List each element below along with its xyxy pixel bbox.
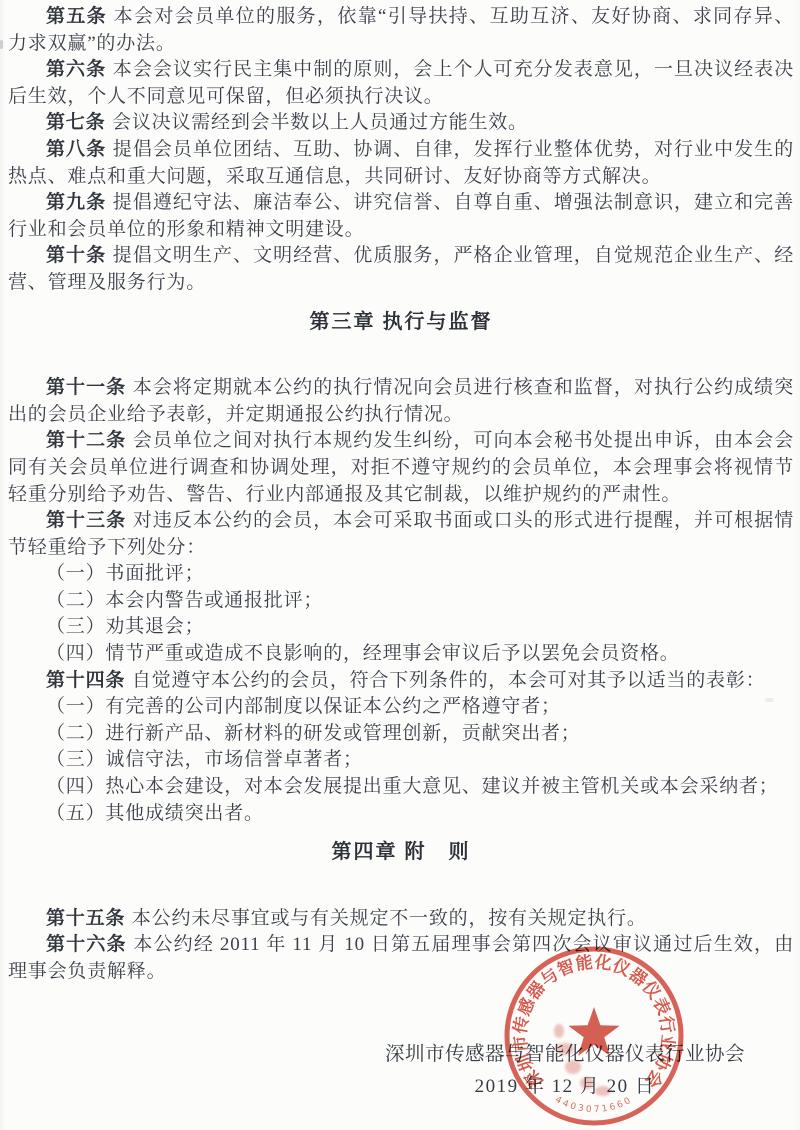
list-item: （一）有完善的公司内部制度以保证本公约之严格遵守者； <box>8 694 794 721</box>
list-item: （四）热心本会建设，对本会发展提出重大意见、建议并被主管机关或本会采纳者； <box>8 774 794 801</box>
seal-code: 4403071660 <box>553 1095 634 1115</box>
article-paragraph: 第六条本会会议实行民主集中制的原则，会上个人可充分发表意见，一旦决议经表决后生效… <box>8 57 794 110</box>
article-text: 会议决议需经到会半数以上人员通过方能生效。 <box>112 112 528 133</box>
list-item-text: （四）热心本会建设，对本会发展提出重大意见、建议并被主管机关或本会采纳者； <box>46 776 779 797</box>
article-number: 第十一条 <box>46 377 126 398</box>
article-paragraph: 第七条会议决议需经到会半数以上人员通过方能生效。 <box>8 110 794 137</box>
article-paragraph: 第十五条本公约未尽事宜或与有关规定不一致的，按有关规定执行。 <box>8 906 794 933</box>
article-number: 第十六条 <box>46 934 127 955</box>
list-item: （二）本会内警告或通报批评； <box>8 588 794 615</box>
list-item-text: （二）进行新产品、新材料的研发或管理创新，贡献突出者； <box>46 723 581 744</box>
scan-speck <box>0 40 3 49</box>
article-paragraph: 第十三条对违反本公约的会员，本会可采取书面或口头的形式进行提醒，并可根据情节轻重… <box>8 508 794 561</box>
scan-speck <box>765 698 774 702</box>
article-number: 第七条 <box>46 112 105 133</box>
article-paragraph: 第十条提倡文明生产、文明经营、优质服务，严格企业管理，自觉规范企业生产、经营、管… <box>8 243 794 296</box>
article-text: 本会对会员单位的服务，依靠“引导扶持、互助互济、友好协商、求同存异、力求双赢”的… <box>8 6 794 54</box>
document-body: 第五条本会对会员单位的服务，依靠“引导扶持、互助互济、友好协商、求同存异、力求双… <box>8 4 794 986</box>
document-page: 第五条本会对会员单位的服务，依靠“引导扶持、互助互济、友好协商、求同存异、力求双… <box>0 0 800 1130</box>
list-item-text: （四）情节严重或造成不良影响的，经理事会审议后予以罢免会员资格。 <box>46 643 680 664</box>
list-item: （一）书面批评； <box>8 561 794 588</box>
list-item-text: （三）劝其退会； <box>46 616 204 637</box>
article-paragraph: 第十一条本会将定期就本公约的执行情况向会员进行核查和监督，对执行公约成绩突出的会… <box>8 375 794 428</box>
list-item: （三）诚信守法，市场信誉卓著者； <box>8 747 794 774</box>
article-number: 第十条 <box>46 245 106 266</box>
article-paragraph: 第十二条会员单位之间对执行本规约发生纠纷，可向本会秘书处提出申诉，由本会会同有关… <box>8 428 794 508</box>
article-number: 第十三条 <box>46 510 126 531</box>
list-item: （二）进行新产品、新材料的研发或管理创新，贡献突出者； <box>8 721 794 748</box>
article-text: 提倡遵纪守法、廉洁奉公、讲究信誉、自尊自重、增强法制意识，建立和完善行业和会员单… <box>8 192 794 240</box>
article-text: 本公约未尽事宜或与有关规定不一致的，按有关规定执行。 <box>132 908 647 929</box>
article-paragraph: 第五条本会对会员单位的服务，依靠“引导扶持、互助互济、友好协商、求同存异、力求双… <box>8 4 794 57</box>
svg-text:4403071660: 4403071660 <box>553 1095 634 1115</box>
article-number: 第十四条 <box>46 670 125 691</box>
list-item: （四）情节严重或造成不良影响的，经理事会审议后予以罢免会员资格。 <box>8 641 794 668</box>
list-item-text: （一）有完善的公司内部制度以保证本公约之严格遵守者； <box>46 696 561 717</box>
article-number: 第九条 <box>46 192 106 213</box>
article-text: 提倡会员单位团结、互助、协调、自律，发挥行业整体优势，对行业中发生的热点、难点和… <box>8 139 794 187</box>
article-paragraph: 第十四条自觉遵守本公约的会员，符合下列条件的，本会可对其予以适当的表彰： <box>8 668 794 695</box>
article-paragraph: 第九条提倡遵纪守法、廉洁奉公、讲究信誉、自尊自重、增强法制意识，建立和完善行业和… <box>8 190 794 243</box>
article-number: 第五条 <box>46 6 107 27</box>
list-item-text: （五）其他成绩突出者。 <box>46 803 264 824</box>
list-item: （三）劝其退会； <box>8 614 794 641</box>
official-seal: 深圳市传感器与智能化仪器仪表行业协会 4403071660 <box>499 941 689 1130</box>
article-text: 提倡文明生产、文明经营、优质服务，严格企业管理，自觉规范企业生产、经营、管理及服… <box>8 245 794 293</box>
article-number: 第六条 <box>46 59 106 80</box>
article-text: 本会会议实行民主集中制的原则，会上个人可充分发表意见，一旦决议经表决后生效，个人… <box>8 59 794 107</box>
list-item-text: （三）诚信守法，市场信誉卓著者； <box>46 749 363 770</box>
article-paragraph: 第八条提倡会员单位团结、互助、协调、自律，发挥行业整体优势，对行业中发生的热点、… <box>8 137 794 190</box>
article-number: 第十二条 <box>46 430 126 451</box>
list-item-text: （一）书面批评； <box>46 563 204 584</box>
list-item: （五）其他成绩突出者。 <box>8 801 794 828</box>
article-number: 第八条 <box>46 139 106 160</box>
article-number: 第十五条 <box>46 908 125 929</box>
list-item-text: （二）本会内警告或通报批评； <box>46 590 323 611</box>
article-text: 自觉遵守本公约的会员，符合下列条件的，本会可对其予以适当的表彰： <box>132 670 766 691</box>
seal-star-icon <box>568 1007 619 1056</box>
chapter-heading: 第三章 执行与监督 <box>8 309 794 336</box>
chapter-heading: 第四章 附 则 <box>8 839 794 866</box>
